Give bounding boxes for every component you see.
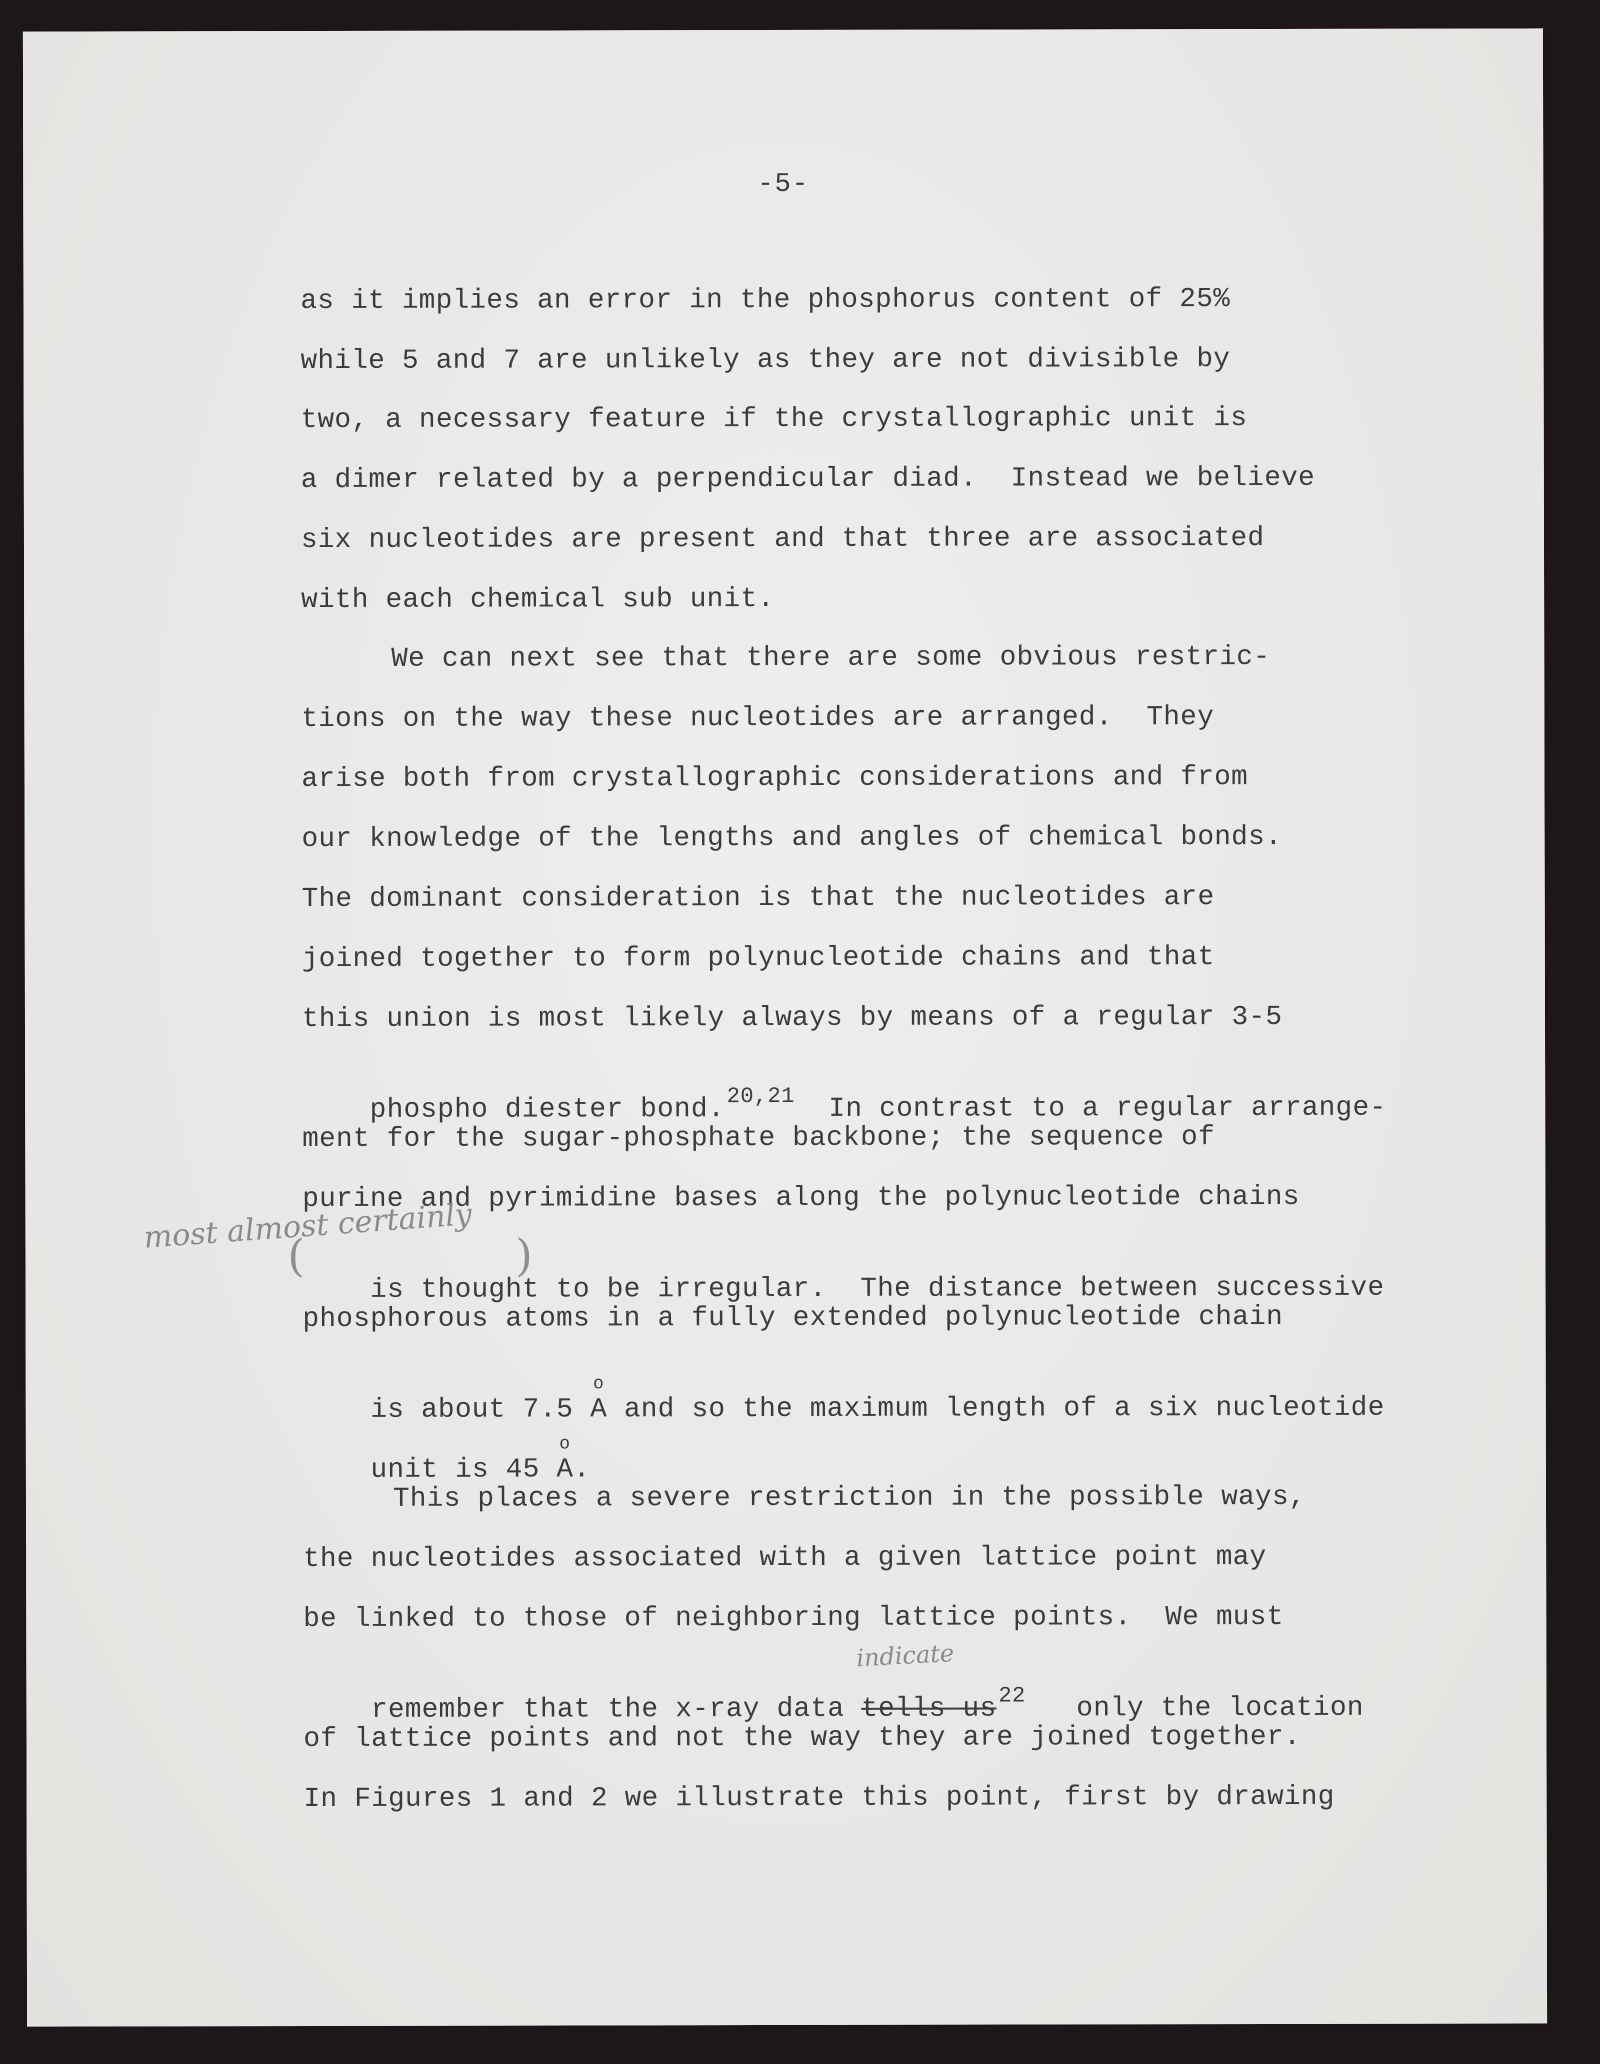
paper-page: -5- as it implies an error in the phosph… — [23, 28, 1547, 2026]
bracketed-phrase: is thought to — [370, 1274, 590, 1305]
text-line: This places a severe restriction in the … — [393, 1482, 1306, 1515]
angstrom-ring: o — [559, 1434, 570, 1454]
text-line: arise both from crystallographic conside… — [301, 762, 1248, 795]
line-text: is about 7.5 — [370, 1394, 590, 1425]
text-line: six nucleotides are present and that thr… — [301, 523, 1265, 556]
angstrom-letter: A — [590, 1394, 607, 1425]
text-line: this union is most likely always by mean… — [302, 1002, 1282, 1035]
angstrom-ring: o — [593, 1374, 604, 1394]
text-line: phosphorous atoms in a fully extended po… — [303, 1302, 1283, 1335]
line-text: unit is 45 — [371, 1454, 557, 1485]
text-line: the nucleotides associated with a given … — [303, 1542, 1267, 1575]
text-line: two, a necessary feature if the crystall… — [301, 403, 1248, 436]
line-text: only the location — [1026, 1693, 1364, 1725]
citation-superscript: 22 — [998, 1683, 1025, 1708]
struck-text: tells us — [861, 1694, 996, 1725]
text-line: as it implies an error in the phosphorus… — [300, 284, 1230, 317]
text-line: In Figures 1 and 2 we illustrate this po… — [304, 1782, 1335, 1815]
text-line: The dominant consideration is that the n… — [302, 882, 1215, 915]
text-line: ment for the sugar-phosphate backbone; t… — [302, 1122, 1215, 1155]
text-line: of lattice points and not the way they a… — [303, 1722, 1300, 1755]
line-text: be irregular. The distance between succe… — [590, 1273, 1385, 1306]
text-line: a dimer related by a perpendicular diad.… — [301, 463, 1315, 496]
line-text: phospho diester bond. — [370, 1094, 725, 1126]
angstrom-symbol: oA — [556, 1454, 573, 1485]
text-line: be linked to those of neighboring lattic… — [303, 1602, 1283, 1635]
angstrom-letter: A — [556, 1454, 573, 1485]
line-text: In contrast to a regular arrange- — [795, 1093, 1387, 1125]
text-line: tions on the way these nucleotides are a… — [301, 702, 1214, 735]
text-line: with each chemical sub unit. — [301, 584, 774, 616]
text-line: while 5 and 7 are unlikely as they are n… — [301, 344, 1231, 377]
line-text: and so the maximum length of a six nucle… — [607, 1393, 1385, 1426]
text-line: joined together to form polynucleotide c… — [302, 942, 1215, 975]
line-text: remember that the x-ray data — [371, 1694, 861, 1726]
citation-superscript: 20,21 — [727, 1084, 795, 1109]
page-number: -5- — [23, 168, 1543, 201]
text-line: our knowledge of the lengths and angles … — [302, 822, 1282, 855]
text-line: We can next see that there are some obvi… — [391, 642, 1270, 675]
line-text: . — [573, 1454, 590, 1485]
angstrom-symbol: oA — [590, 1394, 607, 1425]
